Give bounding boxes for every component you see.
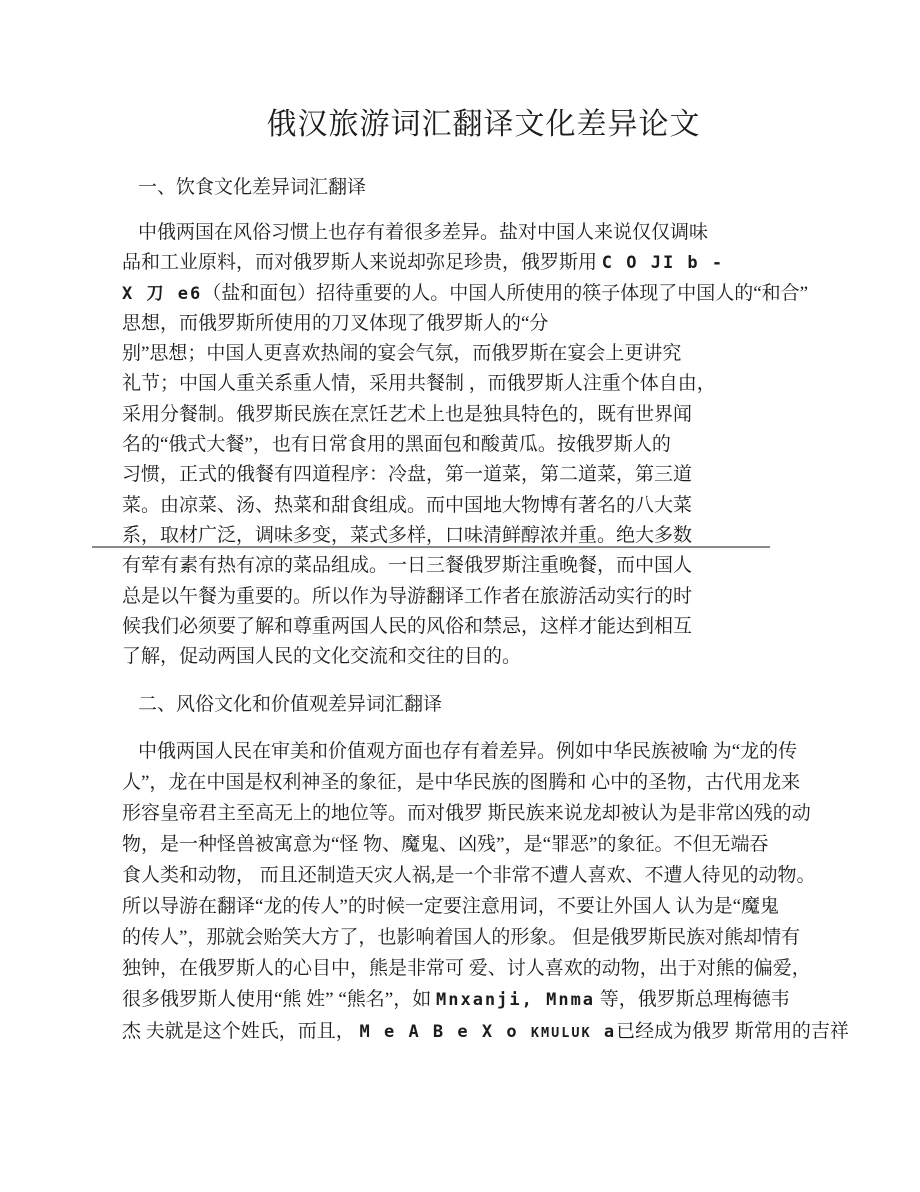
text-line: 食人类和动物， 而且还制造天灾人祸,是一个非常不遭人喜欢、不遭人待见的动物。 [122, 860, 845, 891]
text-line: 别”思想；中国人更喜欢热闹的宴会气氛，而俄罗斯在宴会上更讲究 [122, 339, 862, 369]
text-segment: 杰 夫就是这个姓氏，而且， [122, 1021, 360, 1042]
text-segment: 很多俄罗斯人使用“熊 姓” “熊名”，如 [122, 989, 436, 1010]
text-segment: （盐和面包）招待重要的人。中国人所使用的筷子体现了中国人的“和合” [202, 283, 808, 304]
text-line: 候我们必须要了解和尊重两国人民的风俗和禁忌，这样才能达到相互 [122, 612, 862, 642]
text-line: 形容皇帝君主至高无上的地位等。而对俄罗 斯民族来说龙却被认为是非常凶残的动 [122, 798, 845, 829]
text-line: 物，是一种怪兽被寓意为“怪 物、魔鬼、凶残”，是“罪恶”的象征。不但无端吞 [122, 829, 845, 860]
bear-name-words: Mnxanji, Mnma [436, 990, 595, 1010]
text-line: 人”，龙在中国是权利神圣的象征，是中华民族的图腾和 心中的圣物，古代用龙来 [122, 767, 845, 798]
text-line: 的传人”，那就会贻笑大方了，也影响着国人的形象。 但是俄罗斯民族对熊却情有 [122, 922, 845, 953]
section-2-paragraph: 中俄两国人民在审美和价值观方面也存有着差异。例如中华民族被喻 为“龙的传 人”，… [122, 736, 845, 1049]
text-line: 杰 夫就是这个姓氏，而且， M e A B e X o KMULUK a已经成为… [122, 1016, 845, 1049]
russian-word-bear-smallcaps: KMULUK [531, 1025, 592, 1041]
section-1-paragraph: 中俄两国在风俗习惯上也存有着很多差异。盐对中国人来说仅仅调味 品和工业原料，而对… [122, 218, 862, 672]
text-line: 名的“俄式大餐”，也有日常食用的黑面包和酸黄瓜。按俄罗斯人的 [122, 430, 862, 460]
text-line: 中俄两国人民在审美和价值观方面也存有着差异。例如中华民族被喻 为“龙的传 [122, 736, 845, 767]
section-1-heading: 一、饮食文化差异词汇翻译 [138, 177, 366, 198]
text-line: X 刀 e6（盐和面包）招待重要的人。中国人所使用的筷子体现了中国人的“和合” [122, 279, 862, 309]
text-line: 独钟，在俄罗斯人的心目中，熊是非常可 爱、讨人喜欢的动物，出于对熊的偏爱， [122, 953, 845, 984]
text-line: 所以导游在翻译“龙的传人”的时候一定要注意用词，不要让外国人 认为是“魔鬼 [122, 891, 845, 922]
document-page: 俄汉旅游词汇翻译文化差异论文 一、饮食文化差异词汇翻译 中俄两国在风俗习惯上也存… [0, 0, 920, 1192]
russian-word-bear-suffix: a [592, 1022, 616, 1042]
text-line: 中俄两国在风俗习惯上也存有着很多差异。盐对中国人来说仅仅调味 [122, 218, 862, 248]
text-line: 很多俄罗斯人使用“熊 姓” “熊名”，如 Mnxanji, Mnma 等，俄罗斯… [122, 984, 845, 1016]
text-line: 菜。由凉菜、汤、热菜和甜食组成。而中国地大物博有著名的八大菜 [122, 491, 862, 521]
page-divider [92, 546, 770, 548]
text-line: 总是以午餐为重要的。所以作为导游翻译工作者在旅游活动实行的时 [122, 582, 862, 612]
russian-word-bear: M e A B e X o [360, 1022, 531, 1042]
text-segment: 品和工业原料，而对俄罗斯人来说却弥足珍贵，俄罗斯用 [122, 252, 602, 273]
text-line: 采用分餐制。俄罗斯民族在烹饪艺术上也是独具特色的，既有世界闻 [122, 400, 862, 430]
text-line: 习惯，正式的俄餐有四道程序：冷盘，第一道菜，第二道菜，第三道 [122, 460, 862, 490]
section-2-heading: 二、风俗文化和价值观差异词汇翻译 [138, 694, 442, 715]
text-line: 了解，促动两国人民的文化交流和交往的目的。 [122, 642, 862, 672]
text-line: 有荤有素有热有凉的菜品组成。一日三餐俄罗斯注重晚餐，而中国人 [122, 551, 862, 581]
text-line: 思想，而俄罗斯所使用的刀叉体现了俄罗斯人的“分 [122, 309, 862, 339]
document-title: 俄汉旅游词汇翻译文化差异论文 [122, 106, 845, 144]
russian-word-salt: C O JI b - [602, 253, 724, 273]
text-segment: 已经成为俄罗 斯常用的吉祥 [616, 1021, 849, 1042]
text-segment: 等，俄罗斯总理梅德韦 [595, 989, 790, 1010]
text-line: 品和工业原料，而对俄罗斯人来说却弥足珍贵，俄罗斯用 C O JI b - [122, 248, 862, 278]
text-line: 礼节；中国人重关系重人情，采用共餐制 ，而俄罗斯人注重个体自由， [122, 369, 862, 399]
russian-word-bread: X 刀 e6 [122, 284, 202, 304]
